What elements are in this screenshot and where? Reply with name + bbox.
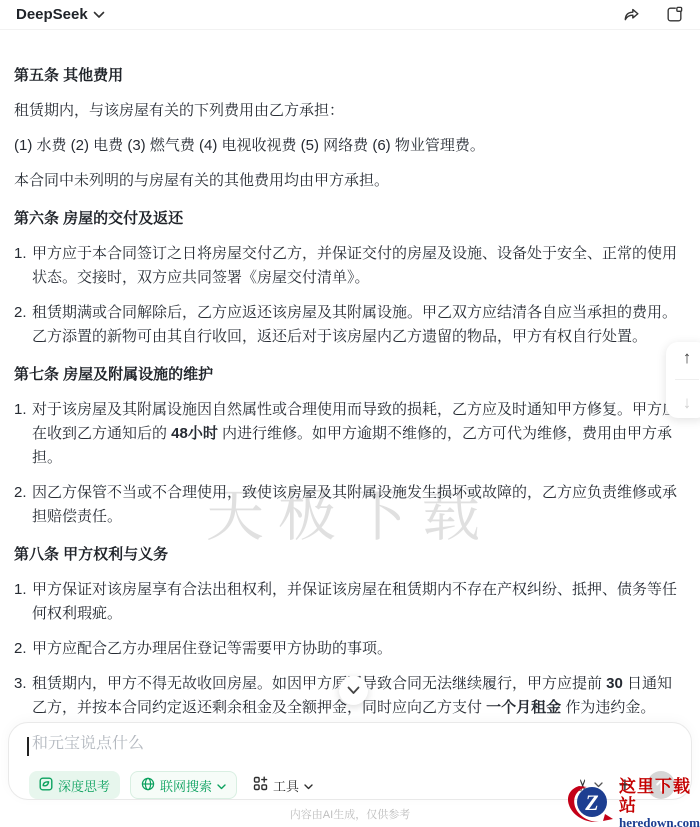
- section-heading: 第八条 甲方权利与义务: [14, 543, 686, 567]
- paragraph: (1) 水费 (2) 电费 (3) 燃气费 (4) 电视收视费 (5) 网络费 …: [14, 134, 686, 158]
- assistant-message: 第五条 其他费用 租赁期内，与该房屋有关的下列费用由乙方承担： (1) 水费 (…: [0, 30, 700, 827]
- list-item: 2. 租赁期满或合同解除后，乙方应返还该房屋及其附属设施。甲乙双方应结清各自应当…: [14, 301, 686, 349]
- site-logo-icon: Z: [565, 781, 617, 827]
- scroll-to-bottom-button[interactable]: [339, 676, 368, 705]
- paragraph: 本合同中未列明的与房屋有关的其他费用均由甲方承担。: [14, 169, 686, 193]
- chevron-down-icon: [217, 778, 226, 793]
- site-url: heredown.com: [619, 816, 700, 827]
- list-item: 1. 甲方保证对该房屋享有合法出租权利，并保证该房屋在租赁期内不存在产权纠纷、抵…: [14, 578, 686, 626]
- chevron-down-icon: [347, 682, 360, 700]
- model-switcher[interactable]: DeepSeek: [16, 6, 105, 24]
- deepseek-icon: [39, 777, 53, 794]
- list-item: 2. 因乙方保管不当或不合理使用，致使该房屋及其附属设施发生损坏或故障的，乙方应…: [14, 481, 686, 529]
- model-name: DeepSeek: [16, 6, 88, 23]
- list-marker: 2.: [14, 481, 32, 529]
- section-heading: 第七条 房屋及附属设施的维护: [14, 363, 686, 387]
- web-search-button[interactable]: 联网搜索: [130, 771, 237, 799]
- svg-text:Z: Z: [584, 790, 598, 815]
- web-search-label: 联网搜索: [160, 776, 212, 795]
- list-text: 甲方应配合乙方办理居住登记等需要甲方协助的事项。: [32, 637, 686, 661]
- list-marker: 3.: [14, 672, 32, 720]
- tools-button[interactable]: 工具: [253, 776, 313, 795]
- tools-grid-icon: [253, 776, 268, 794]
- list-marker: 2.: [14, 637, 32, 661]
- list-item: 1. 甲方应于本合同签订之日将房屋交付乙方，并保证交付的房屋及设施、设备处于安全…: [14, 242, 686, 290]
- chevron-down-icon: [304, 778, 313, 793]
- new-chat-icon[interactable]: [664, 5, 684, 25]
- list-text: 甲方保证对该房屋享有合法出租权利，并保证该房屋在租赁期内不存在产权纠纷、抵押、债…: [32, 578, 686, 626]
- globe-icon: [141, 777, 155, 794]
- list-text: 甲方应于本合同签订之日将房屋交付乙方，并保证交付的房屋及设施、设备处于安全、正常…: [32, 242, 686, 290]
- section-heading: 第六条 房屋的交付及返还: [14, 207, 686, 231]
- text-caret: [27, 737, 29, 756]
- list-marker: 1.: [14, 398, 32, 470]
- list-text: 因乙方保管不当或不合理使用，致使该房屋及其附属设施发生损坏或故障的，乙方应负责维…: [32, 481, 686, 529]
- deep-think-button[interactable]: 深度思考: [29, 771, 120, 799]
- list-item: 2. 甲方应配合乙方办理居住登记等需要甲方协助的事项。: [14, 637, 686, 661]
- list-marker: 2.: [14, 301, 32, 349]
- deep-think-label: 深度思考: [58, 776, 110, 795]
- tools-label: 工具: [273, 776, 299, 795]
- site-name: 这里下载站: [619, 778, 700, 815]
- scroll-down-icon[interactable]: ↓: [683, 394, 692, 411]
- site-watermark: Z 这里下载站 heredown.com: [565, 781, 700, 827]
- section-heading: 第五条 其他费用: [14, 64, 686, 88]
- list-marker: 1.: [14, 578, 32, 626]
- list-text: 租赁期满或合同解除后，乙方应返还该房屋及其附属设施。甲乙双方应结清各自应当承担的…: [32, 301, 686, 349]
- share-icon[interactable]: [622, 5, 642, 25]
- chat-input[interactable]: [29, 735, 675, 753]
- top-bar: DeepSeek: [0, 0, 700, 30]
- scroll-up-icon[interactable]: ↑: [683, 349, 692, 366]
- list-text: 对于该房屋及其附属设施因自然属性或合理使用而导致的损耗，乙方应及时通知甲方修复。…: [32, 398, 686, 470]
- divider: [675, 379, 699, 380]
- chevron-down-icon: [93, 6, 105, 24]
- paragraph: 租赁期内，与该房屋有关的下列费用由乙方承担：: [14, 99, 686, 123]
- list-marker: 1.: [14, 242, 32, 290]
- list-item: 1. 对于该房屋及其附属设施因自然属性或合理使用而导致的损耗，乙方应及时通知甲方…: [14, 398, 686, 470]
- page-scroll-control: ↑ ↓: [666, 342, 700, 418]
